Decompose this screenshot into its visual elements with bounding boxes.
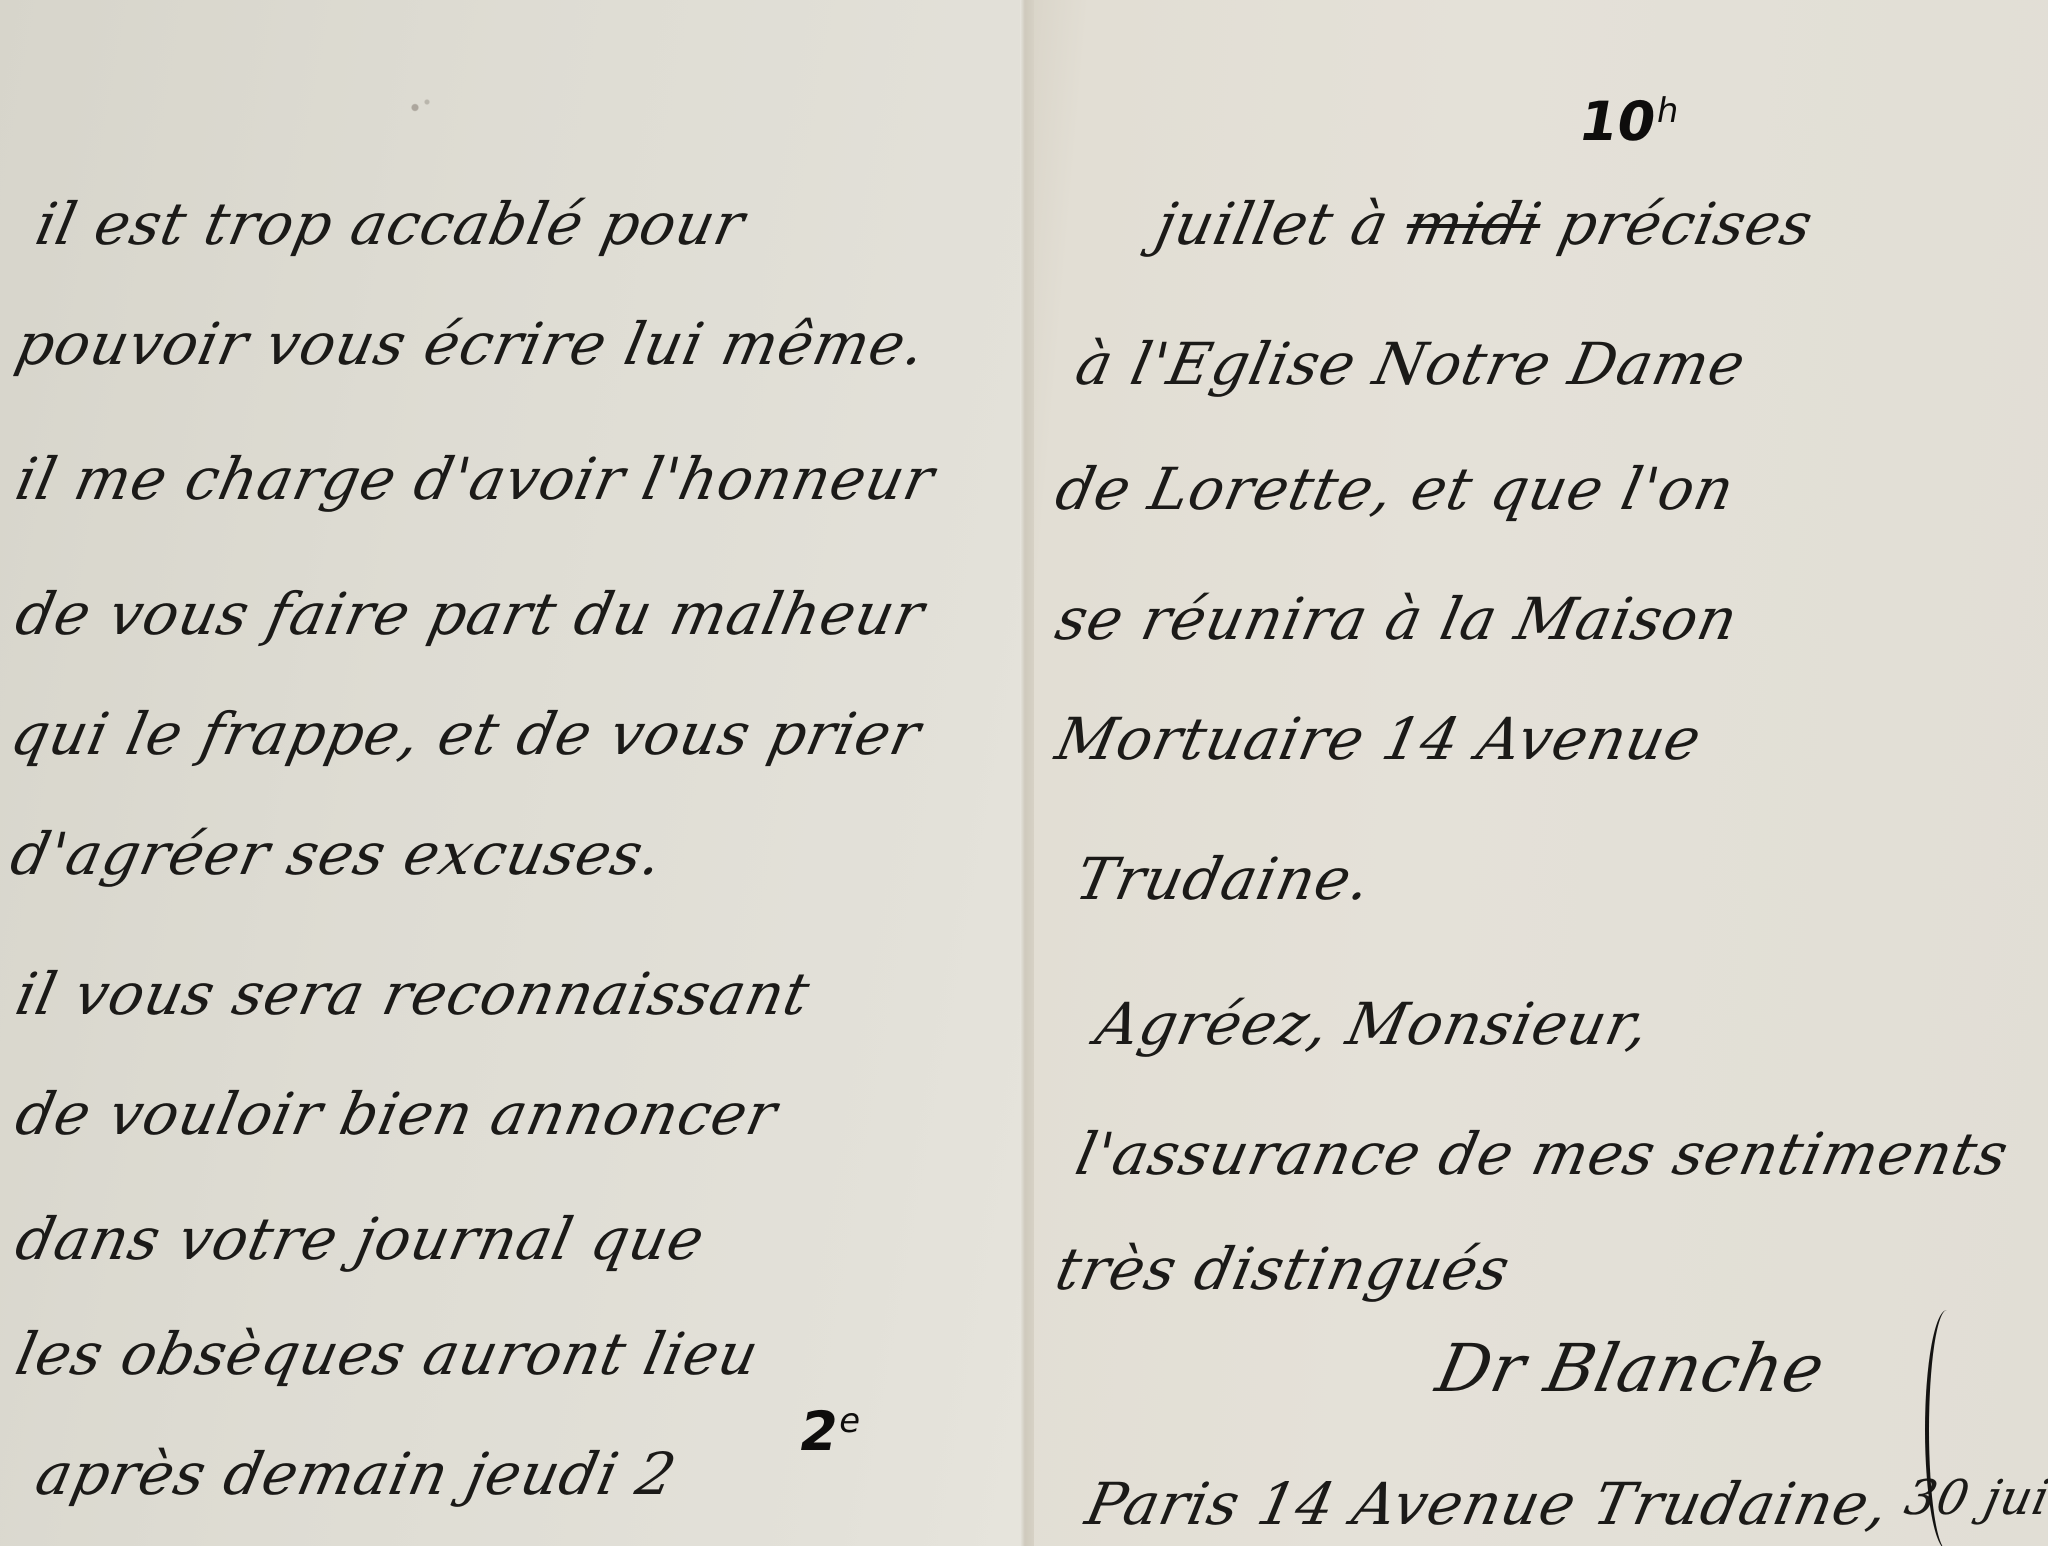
letter-line: qui le frappe, et de vous prier (5, 700, 927, 768)
letter-line: dans votre journal que (10, 1205, 711, 1273)
letter-line: pouvoir vous écrire lui même. (10, 310, 932, 378)
ink-speck (385, 80, 445, 135)
signature: Dr Blanche (1430, 1330, 1832, 1407)
left-page: il est trop accablé pour pouvoir vous éc… (0, 0, 1020, 1546)
letter-line: il me charge d'avoir l'honneur (10, 445, 941, 513)
letter-line: de vous faire part du malheur (10, 580, 931, 648)
letter-line: Mortuaire 14 Avenue (1050, 705, 1708, 773)
letter-line: se réunira à la Maison (1050, 585, 1744, 653)
letter-line: Trudaine. (1070, 845, 1378, 913)
letter-line: d'agréer ses excuses. (5, 820, 669, 888)
letter-line: très distingués (1050, 1235, 1516, 1303)
letter-line: les obsèques auront lieu (10, 1320, 765, 1388)
letter-spread: il est trop accablé pour pouvoir vous éc… (0, 0, 2048, 1546)
page-fold (1020, 0, 1034, 1546)
letter-line: l'assurance de mes sentiments (1070, 1120, 2015, 1188)
inserted-date-number: 2e (794, 1400, 864, 1463)
date-fragment: 30 juin (1900, 1470, 2048, 1526)
time-correction: 10h (1574, 90, 1682, 153)
letter-line: il vous sera reconnaissant (10, 960, 816, 1028)
letter-line: de Lorette, et que l'on (1050, 455, 1741, 523)
letter-line: il est trop accablé pour (30, 190, 751, 258)
signature-brace (1925, 1310, 1969, 1546)
word-juillet: juillet à (1150, 190, 1415, 258)
right-page: 10h juillet à midi précises à l'Eglise N… (1020, 0, 2048, 1546)
letter-line: juillet à midi précises (1150, 190, 1819, 258)
address-line: Paris 14 Avenue Trudaine, (1080, 1470, 1895, 1538)
struck-word: midi (1400, 190, 1548, 258)
letter-line: après demain jeudi 2 (30, 1440, 682, 1508)
letter-line: Agréez, Monsieur, (1090, 990, 1656, 1058)
letter-line: de vouloir bien annoncer (10, 1080, 783, 1148)
letter-line: à l'Eglise Notre Dame (1070, 330, 1752, 398)
